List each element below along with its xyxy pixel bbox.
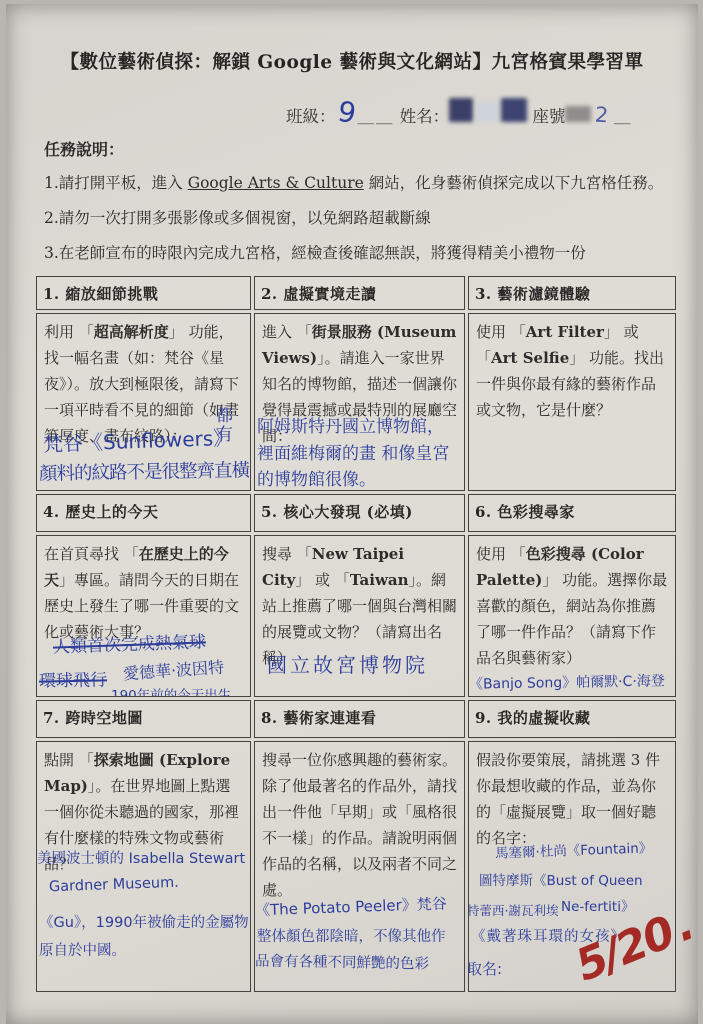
handwritten-answer-2-1: 阿姆斯特丹國立博物館，	[257, 414, 444, 440]
handwritten-answer-2-2: 裡面維梅爾的畫 和像皇宮	[257, 441, 449, 467]
text-segment: Art Filter	[526, 323, 604, 341]
text-segment: Taiwan	[350, 571, 409, 589]
text-segment: 利用 「	[44, 323, 94, 341]
handwritten-answer-7-1: 美國波士頓的 Isabella Stewart	[37, 846, 245, 872]
text-segment: 」 或 「	[295, 571, 350, 589]
cell-body-4: 在首頁尋找 「在歷史上的今天」專區。請問今天的日期在歷史上發生了哪一件重要的文化…	[36, 535, 251, 697]
handwritten-answer-5-1: 國立故宮博物院	[267, 652, 428, 678]
cell-body-5: 搜尋 「New Taipei City」 或 「Taiwan」。網站上推薦了哪一…	[254, 535, 465, 697]
cell-body-2: 進入 「街景服務 (Museum Views)」。請進入一家世界知名的博物館，描…	[254, 313, 465, 491]
handwritten-answer-7-2: Gardner Museum.	[49, 870, 180, 901]
text-segment: 搜尋 「	[262, 545, 312, 563]
handwritten-answer-4-1: 人類首次完成熱氣球	[53, 629, 207, 660]
seat-value-handwritten: 2	[595, 103, 610, 128]
handwritten-answer-9-4: 特蕾西·謝瓦利埃	[468, 898, 558, 924]
handwritten-answer-1-3: 都有	[209, 406, 235, 444]
handwritten-answer-9-1: 馬塞爾·杜尚《Fountain》	[495, 835, 653, 866]
text-segment: 1.請打開平板，進入	[44, 174, 188, 192]
handwritten-answer-7-3: 《Gu》，1990年被偷走的金屬物	[39, 910, 249, 936]
handwritten-answer-8-1: 《The Potato Peeler》梵谷	[255, 891, 448, 924]
text-segment: 點開 「	[44, 751, 94, 769]
handwritten-answer-7-4: 原自於中國。	[39, 938, 126, 964]
underlined-text: Google Arts & Culture	[188, 174, 364, 192]
name-redaction-patch	[449, 98, 473, 122]
worksheet-paper: 【數位藝術偵探：解鎖 Google 藝術與文化網站】九宮格賓果學習單 班級：9＿…	[6, 4, 698, 1024]
handwritten-answer-4-2: 環球飛行	[39, 667, 107, 694]
class-label: 班級：	[286, 107, 336, 126]
cell-body-6: 使用 「色彩搜尋 (Color Palette)」 功能。選擇你最喜歡的顏色，網…	[468, 535, 676, 697]
cell-header-4: 4. 歷史上的今天	[36, 494, 251, 532]
cell-header-1: 1. 縮放細節挑戰	[36, 276, 251, 310]
name-redaction-patch	[501, 98, 527, 122]
cell-header-9: 9. 我的虛擬收藏	[468, 700, 676, 738]
cell-header-3: 3. 藝術濾鏡體驗	[468, 276, 676, 310]
cell-header-7: 7. 跨時空地圖	[36, 700, 251, 738]
seat-redaction-patch	[565, 106, 591, 122]
text-segment: 網站，化身藝術偵探完成以下九宮格任務。	[364, 174, 663, 192]
instructions-heading: 任務說明：	[44, 137, 668, 160]
handwritten-answer-8-2: 整体顏色都陰暗，不像其他作	[257, 924, 446, 950]
handwritten-answer-1-1: 梵谷《Sunflowers》	[43, 425, 234, 458]
handwritten-answer-9-2: 圖特摩斯《Bust of Queen	[479, 868, 643, 894]
seat-label: 座號	[532, 107, 565, 126]
name-label: 姓名：	[400, 107, 450, 126]
text-segment: 進入 「	[262, 323, 312, 341]
page-title: 【數位藝術偵探：解鎖 Google 藝術與文化網站】九宮格賓果學習單	[6, 48, 698, 74]
student-info-line: 班級：9＿＿ 姓名： 座號2 ＿	[286, 96, 632, 129]
text-segment: 搜尋一位你感興趣的藝術家。除了他最著名的作品外，請找出一件他「早期」或「風格很不…	[262, 751, 457, 899]
text-segment: 」專區。請問今天的日期在歷史上發生了哪一件重要的文化或藝術大事？	[44, 571, 239, 641]
cell-body-8: 搜尋一位你感興趣的藝術家。除了他最著名的作品外，請找出一件他「早期」或「風格很不…	[254, 741, 465, 992]
cell-header-6: 6. 色彩搜尋家	[468, 494, 676, 532]
handwritten-answer-1-2: 顏料的紋路不是很整齊直橫	[39, 458, 249, 488]
handwritten-answer-2-3: 的博物館很像。	[257, 467, 376, 491]
instruction-item: 3.在老師宣布的時限內完成九宮格，經檢查後確認無誤，將獲得精美小禮物一份	[44, 236, 668, 271]
handwritten-answer-6-1: 《Banjo Song》帕爾默·C·海登	[469, 668, 665, 697]
handwritten-answer-8-3: 品會有各種不同鮮艷的色彩	[255, 948, 429, 977]
cell-header-2: 2. 虛擬實境走讀	[254, 276, 465, 310]
text-segment: 超高解析度	[94, 323, 169, 341]
handwritten-answer-4-4: 190年前的今天出生	[111, 683, 231, 697]
cell-body-7: 點開 「探索地圖 (Explore Map)」。在世界地圖上點選一個你從未聽過的…	[36, 741, 251, 992]
text-segment: 假設你要策展，請挑選 3 件你最想收藏的作品，並為你的「虛擬展覽」取一個好聽的名…	[476, 751, 660, 847]
text-segment: 使用 「	[476, 545, 526, 563]
seat-blank: ＿	[614, 107, 633, 126]
text-segment: 在首頁尋找 「	[44, 545, 139, 563]
instruction-list: 1.請打開平板，進入 Google Arts & Culture 網站，化身藝術…	[44, 166, 668, 271]
instruction-item: 1.請打開平板，進入 Google Arts & Culture 網站，化身藝術…	[44, 166, 668, 201]
bingo-grid: 1. 縮放細節挑戰2. 虛擬實境走讀3. 藝術濾鏡體驗利用 「超高解析度」 功能…	[36, 276, 676, 992]
name-redaction-patch	[476, 102, 498, 122]
text-segment: 2.請勿一次打開多張影像或多個視窗，以免網路超載斷線	[44, 209, 431, 227]
handwritten-answer-9-3: Ne-fertiti》	[561, 894, 634, 920]
cell-body-1: 利用 「超高解析度」 功能，找一幅名畫（如：梵谷《星夜》）。放大到極限後，請寫下…	[36, 313, 251, 491]
cell-body-3: 使用 「Art Filter」 或 「Art Selfie」 功能。找出一件與你…	[468, 313, 676, 491]
instructions-section: 任務說明： 1.請打開平板，進入 Google Arts & Culture 網…	[44, 137, 668, 271]
handwritten-answer-9-6: 取名:	[468, 956, 502, 982]
cell-header-8: 8. 藝術家連連看	[254, 700, 465, 738]
text-segment: 3.在老師宣布的時限內完成九宮格，經檢查後確認無誤，將獲得精美小禮物一份	[44, 244, 586, 262]
text-segment: 使用 「	[476, 323, 526, 341]
cell-header-5: 5. 核心大發現 (必填)	[254, 494, 465, 532]
instruction-item: 2.請勿一次打開多張影像或多個視窗，以免網路超載斷線	[44, 201, 668, 236]
text-segment: Art Selfie	[491, 349, 569, 367]
class-blank: ＿＿	[357, 107, 394, 126]
class-value-handwritten: 9	[335, 95, 358, 131]
